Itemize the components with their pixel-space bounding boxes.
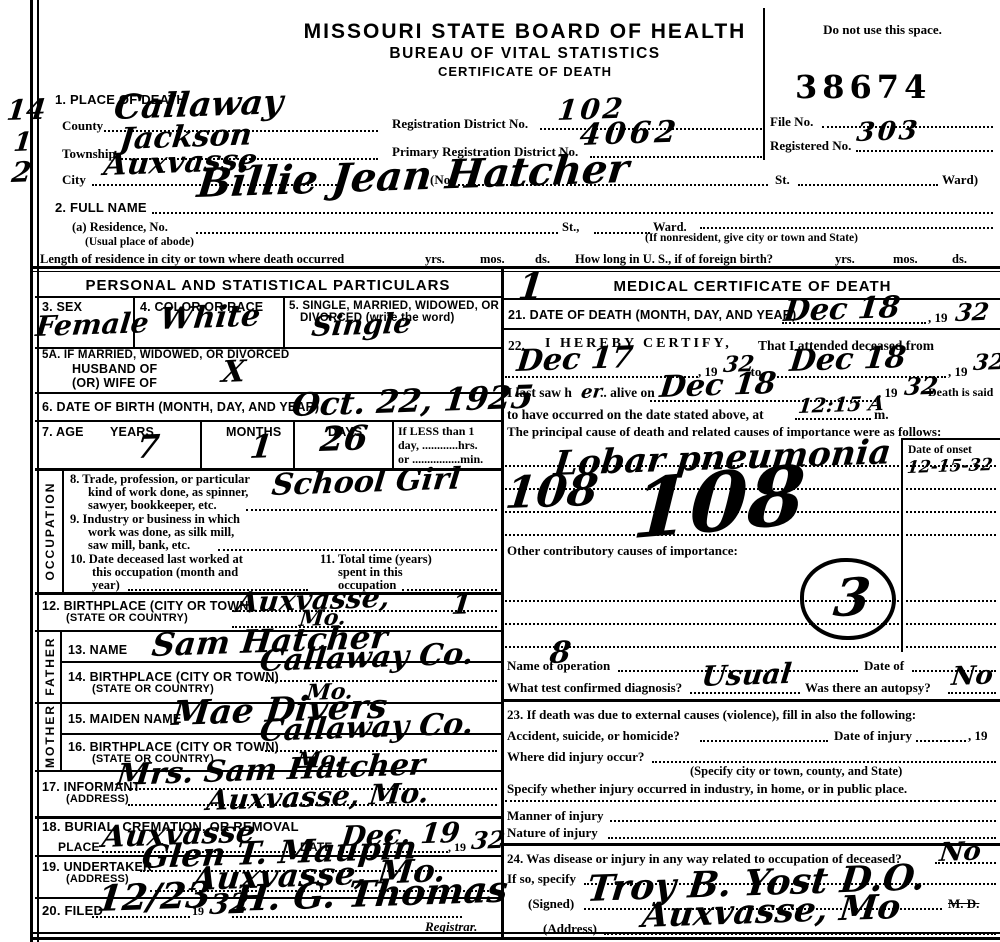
- where-leader: [652, 761, 996, 763]
- personal-header-rule: [35, 296, 501, 298]
- foreign-mos: mos.: [893, 252, 918, 267]
- mother-maiden-label: 15. MAIDEN NAME: [68, 712, 181, 726]
- registered-no-value: 303: [855, 116, 922, 148]
- father-bp-label: 14. BIRTHPLACE (CITY OR TOWN): [68, 670, 279, 684]
- days-value: 26: [318, 418, 370, 460]
- occ-9-leader: [218, 549, 497, 551]
- attended-from-value: Dec 17: [515, 340, 635, 379]
- contrib-leader-3r: [906, 646, 996, 648]
- burial-year-value: 32: [470, 825, 507, 855]
- nonresident-note: (If nonresident, give city or town and S…: [645, 232, 858, 244]
- county-label: County: [62, 118, 103, 134]
- married-heading: 5A. IF MARRIED, WIDOWED, OR DIVORCED: [42, 349, 289, 361]
- rule-dod: [503, 328, 1000, 330]
- page-title: MISSOURI STATE BOARD OF HEALTH: [280, 20, 770, 44]
- time-of-death-value: 12:15 A: [797, 391, 885, 418]
- mother-divider: [60, 702, 62, 770]
- specify-city-note: (Specify city or town, county, and State…: [690, 764, 902, 779]
- age-divider-1: [200, 420, 202, 468]
- attended-to-value: Dec 18: [788, 340, 908, 379]
- bottom-rule-thick: [30, 937, 1000, 940]
- cause-code-large: 108: [630, 447, 808, 558]
- burial-place-label: PLACE: [58, 840, 100, 854]
- dob-value: Oct. 22, 1925: [290, 378, 535, 424]
- less-line-2: day, ............hrs.: [398, 438, 478, 453]
- birthplace-sublabel: (STATE OR COUNTRY): [66, 612, 188, 624]
- bottom-rule-thin: [30, 932, 1000, 934]
- physician-address: Auxvasse, Mo: [640, 887, 902, 936]
- birthplace-label: 12. BIRTHPLACE (CITY OR TOWN): [42, 599, 253, 613]
- mother-bp-label: 16. BIRTHPLACE (CITY OR TOWN): [68, 740, 279, 754]
- to-year-value: 32: [972, 349, 1000, 376]
- occ-8-leader: [246, 509, 497, 511]
- father-name-label: 13. NAME: [68, 643, 127, 657]
- time-leader: [795, 418, 871, 420]
- dod-value: Dec 18: [782, 290, 902, 329]
- manner-leader: [610, 820, 996, 822]
- autopsy-leader: [948, 692, 996, 694]
- accident-label: Accident, suicide, or homicide?: [507, 728, 680, 744]
- occ-8-value: School Girl: [270, 461, 462, 503]
- filed-year-prefix: 19: [192, 904, 204, 919]
- cause-leader-2r: [906, 488, 996, 490]
- death-certificate-page: MISSOURI STATE BOARD OF HEALTH BUREAU OF…: [0, 0, 1000, 942]
- husband-label: HUSBAND OF: [72, 362, 157, 376]
- onset-date-value: 12-15-32: [906, 455, 994, 478]
- operation-label: Name of operation: [507, 658, 610, 674]
- accident-leader: [700, 740, 828, 742]
- registrar-leader: [232, 916, 462, 918]
- lastsaw-pre: I last saw h: [507, 385, 572, 401]
- sex-value: Female: [34, 306, 150, 343]
- main-rule-thin: [30, 271, 1000, 272]
- city-st-leader: [798, 184, 938, 186]
- burial-year-prefix: , 19: [448, 840, 466, 855]
- full-name-label: 2. FULL NAME: [55, 200, 147, 215]
- father-divider: [60, 630, 62, 702]
- circled-code-value: 3: [830, 561, 874, 636]
- city-st-label: St.: [775, 172, 790, 188]
- rule-test: [503, 699, 1000, 702]
- informant-sublabel: (ADDRESS): [66, 793, 129, 805]
- reg-district-label: Registration District No.: [392, 116, 528, 132]
- race-marital-divider: [283, 297, 285, 347]
- test-leader: [690, 692, 800, 694]
- injury-year-label: , 19: [968, 728, 988, 744]
- cause-code-small: 108: [503, 465, 601, 519]
- months-value: 1: [248, 427, 274, 466]
- address-label: (Address): [543, 921, 597, 937]
- residence-label: (a) Residence, No.: [72, 220, 168, 235]
- city-ward-label: Ward): [942, 172, 978, 188]
- mother-bp-city: Callaway Co.: [258, 707, 475, 749]
- race-value: White: [158, 299, 262, 337]
- occ-8-line3: sawyer, bookkeeper, etc.: [88, 498, 217, 513]
- test-value: Usual: [700, 657, 793, 693]
- occurred-suffix: m.: [874, 407, 889, 423]
- medical-header-rule: [503, 298, 1000, 300]
- occ-10-line3: year): [92, 578, 120, 593]
- to-year-prefix: , 19: [948, 364, 968, 380]
- signed-label: (Signed): [528, 896, 574, 912]
- father-bp-city: Callaway Co.: [258, 637, 475, 679]
- residence-st-label: St.,: [562, 220, 579, 235]
- sec24-leader: [935, 862, 996, 864]
- doc-type: CERTIFICATE OF DEATH: [280, 64, 770, 79]
- wife-label: (OR) WIFE OF: [72, 376, 157, 390]
- undertaker-label: 19. UNDERTAKER: [42, 860, 152, 874]
- occupation-divider: [62, 468, 64, 592]
- birthplace-margin-mark: 1: [450, 587, 473, 621]
- nonresident-leader: [700, 227, 993, 229]
- test-label: What test confirmed diagnosis?: [507, 680, 682, 696]
- length-mos: mos.: [480, 252, 505, 267]
- ifso-label: If so, specify: [507, 871, 576, 887]
- registered-no-label: Registered No.: [770, 138, 851, 154]
- death-said-label: Death is said: [928, 385, 993, 400]
- where-label: Where did injury occur?: [507, 749, 644, 765]
- file-no-label: File No.: [770, 114, 813, 130]
- full-name-value: Billie Jean Hatcher: [195, 145, 631, 207]
- informant-address-value: Auxvasse, Mo.: [205, 776, 430, 817]
- lastsaw-post: .. alive on: [600, 385, 655, 401]
- medical-header: MEDICAL CERTIFICATE OF DEATH: [505, 278, 1000, 295]
- circled-code: 3: [800, 558, 896, 640]
- dod-label: 21. DATE OF DEATH (MONTH, DAY, AND YEAR): [508, 308, 796, 322]
- foreign-ds: ds.: [952, 252, 967, 267]
- abode-note: (Usual place of abode): [85, 236, 194, 248]
- contrib-leader-2r: [906, 623, 996, 625]
- autopsy-value: No: [950, 661, 994, 692]
- contributory-label: Other contributory causes of importance:: [507, 543, 738, 559]
- foreign-birth-label: How long in U. S., if of foreign birth?: [575, 252, 773, 267]
- left-border-inner: [37, 0, 39, 942]
- injury-date-label: Date of injury: [834, 728, 912, 744]
- age-divider-3: [392, 420, 394, 468]
- residence-st-leader: [594, 232, 650, 234]
- stamp-box-note: Do not use this space.: [775, 22, 990, 38]
- father-vertical-label: FATHER: [43, 626, 57, 706]
- onset-box-top: [901, 438, 1000, 440]
- margin-number-3: 2: [10, 155, 33, 189]
- occ-11-leader: [402, 589, 497, 591]
- rule-dob: [35, 420, 501, 422]
- injury-blank-leader: [505, 800, 996, 802]
- less-line-1: If LESS than 1: [398, 424, 474, 439]
- margin-number-2: 1: [12, 127, 33, 158]
- onset-label: Date of onset: [908, 444, 972, 456]
- marital-value: Single: [310, 307, 413, 343]
- specify-whether-label: Specify whether injury occurred in indus…: [507, 781, 907, 797]
- occupation-vertical-label: OCCUPATION: [43, 466, 57, 596]
- occ-9-line3: saw mill, bank, etc.: [88, 538, 190, 553]
- margin-number-1: 14: [5, 93, 48, 127]
- onset-box-left: [901, 438, 903, 652]
- registered-no-leader: [856, 150, 993, 152]
- full-name-leader: [152, 212, 993, 214]
- city-label: City: [62, 172, 86, 188]
- foreign-yrs: yrs.: [835, 252, 855, 267]
- md-struck-label: M. D.: [948, 896, 979, 912]
- dod-year-value: 32: [954, 297, 991, 327]
- certificate-number: 38674: [795, 68, 931, 106]
- father-bp-leader: [265, 680, 497, 682]
- length-yrs: yrs.: [425, 252, 445, 267]
- years-value: 7: [135, 427, 161, 466]
- residence-leader: [196, 232, 558, 234]
- page-subtitle: BUREAU OF VITAL STATISTICS: [280, 45, 770, 63]
- main-rule-thick: [30, 266, 1000, 269]
- autopsy-label: Was there an autopsy?: [805, 680, 931, 696]
- rule-injury: [503, 843, 1000, 846]
- nature-label: Nature of injury: [507, 825, 598, 841]
- cause-leader-3r: [906, 511, 996, 513]
- stamp-box-border: [763, 8, 765, 160]
- age-label: 7. AGE: [42, 425, 84, 439]
- dod-year-prefix: , 19: [928, 310, 948, 326]
- cause-leader-4r: [906, 534, 996, 536]
- spouse-value: X: [220, 354, 247, 390]
- contrib-leader-1r: [906, 600, 996, 602]
- occurred-label: to have occurred on the date stated abov…: [507, 407, 764, 423]
- manner-label: Manner of injury: [507, 808, 604, 824]
- sec23-label: 23. If death was due to external causes …: [507, 707, 916, 723]
- date-of-label: Date of: [864, 658, 904, 674]
- injury-date-leader: [916, 740, 966, 742]
- mother-vertical-label: MOTHER: [43, 696, 57, 776]
- length-residence-label: Length of residence in city or town wher…: [40, 252, 344, 267]
- age-divider-2: [293, 420, 295, 468]
- nature-leader: [608, 837, 996, 839]
- registrar-signature: H. G. Thomas: [232, 869, 510, 920]
- dob-label: 6. DATE OF BIRTH (MONTH, DAY, AND YEAR): [42, 400, 319, 414]
- personal-header: PERSONAL AND STATISTICAL PARTICULARS: [38, 277, 498, 294]
